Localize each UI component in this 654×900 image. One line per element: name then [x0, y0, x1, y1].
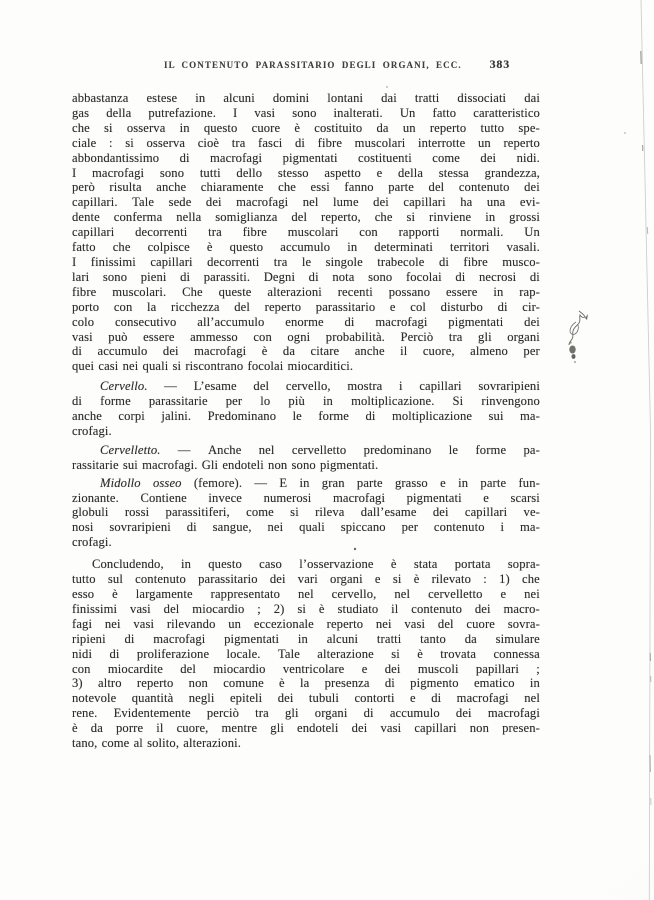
text-line: queicasineiqualisiriscontranofocolaimioc…	[72, 359, 540, 374]
text-line: abbastanzaesteseinalcunidominilontanidai…	[72, 91, 540, 106]
word: contenuto	[434, 520, 485, 535]
word: cuore	[466, 617, 495, 632]
word: parassitario	[198, 572, 258, 587]
word: zionante.	[72, 491, 119, 506]
word: e	[362, 662, 368, 677]
word: e	[377, 166, 383, 181]
word: L’esame	[194, 379, 237, 394]
word: come	[246, 505, 274, 520]
word: è	[279, 676, 285, 691]
word: ammesso	[190, 330, 238, 345]
word: macrofagi	[194, 344, 246, 359]
word: contenuto	[135, 572, 186, 587]
word: epiteli	[230, 691, 262, 706]
word: casi	[98, 359, 118, 374]
word: territori	[450, 240, 490, 255]
text-line: peròrisultaanchechiaramentecheessifannop…	[72, 180, 540, 195]
text-line: globulirossiparassitiferi,comesirilevada…	[72, 505, 540, 520]
word: sono	[160, 166, 184, 181]
word: in	[347, 240, 357, 255]
word: lontani	[327, 91, 363, 106]
word: fibre	[318, 136, 342, 151]
word: il	[156, 721, 163, 736]
word: tra	[449, 330, 463, 345]
word: sopra-	[508, 557, 540, 572]
word: la	[300, 676, 309, 691]
word: moltiplicazione.	[351, 394, 434, 409]
word: costituito	[314, 121, 362, 136]
word: nel	[303, 195, 319, 210]
word: corpi	[118, 409, 144, 424]
word: gli	[270, 721, 284, 736]
word: pigmentati	[283, 151, 338, 166]
word: contenuto	[411, 602, 462, 617]
word: recenti	[338, 285, 373, 300]
word: in	[299, 476, 309, 491]
word: interrotte	[418, 136, 465, 151]
word: ;	[257, 602, 261, 617]
word: e	[375, 572, 381, 587]
text-line: Midolloosseo(femore).—Eingranpartegrasso…	[72, 476, 540, 491]
word: Che	[182, 285, 203, 300]
word: caratteristico	[473, 106, 540, 121]
word: organi	[507, 330, 540, 345]
text-line: abbondantissimodimacrofagipigmentaticost…	[72, 151, 540, 166]
word: le	[293, 409, 302, 424]
word: e	[440, 476, 446, 491]
word: focolai	[248, 359, 284, 374]
word: di	[187, 520, 197, 535]
word: miocardio	[192, 602, 244, 617]
word: e	[390, 300, 396, 315]
word: in	[181, 557, 191, 572]
scanned-book-page: IL CONTENUTO PARASSITARIO DEGLI ORGANI, …	[0, 0, 654, 900]
word: di	[295, 136, 305, 151]
word: musco-	[502, 255, 540, 270]
word: —	[178, 443, 191, 458]
word: in	[180, 121, 190, 136]
word: con	[253, 330, 272, 345]
word: dei	[524, 180, 540, 195]
text-line: anchecorpijalini.Predominanoleformedimol…	[72, 409, 540, 424]
word: spiccano	[341, 520, 386, 535]
word: però	[72, 180, 95, 195]
word: non	[268, 458, 287, 473]
word: del	[253, 379, 269, 394]
text-line: diaccumulodeimacrofagièdacitareancheilcu…	[72, 344, 540, 359]
word: dei	[206, 195, 222, 210]
word: gas	[72, 106, 89, 121]
word: di	[72, 394, 82, 409]
word: del	[180, 662, 196, 677]
word: porto	[72, 300, 99, 315]
word: in	[485, 210, 495, 225]
word: col	[410, 300, 426, 315]
word: 1)	[499, 572, 510, 587]
word: chiaramente	[201, 180, 264, 195]
word: risulta	[109, 180, 141, 195]
word: dente	[72, 210, 100, 225]
word: tutto	[72, 572, 96, 587]
word: esso	[72, 587, 94, 602]
text-line: diformeparassitarieperlopiùinmoltiplicaz…	[72, 394, 540, 409]
word: nota	[332, 270, 354, 285]
text-line: crofagi.	[72, 535, 540, 550]
word: tratti	[377, 632, 402, 647]
word: perciò	[207, 706, 239, 721]
word: macrofagi	[457, 691, 509, 706]
word: papillari	[476, 662, 519, 677]
word: anche	[156, 180, 186, 195]
word: trovata	[440, 647, 476, 662]
word: per	[402, 520, 418, 535]
word: dissociati	[457, 91, 506, 106]
word: rene.	[72, 706, 97, 721]
word: parassitario	[316, 300, 376, 315]
text-line: coloconsecutivoall’accumuloenormedimacro…	[72, 315, 540, 330]
word: scarsi	[511, 491, 540, 506]
word: necrosi	[479, 270, 516, 285]
paragraph: Concludendo,inquestocasol’osservazioneès…	[72, 557, 540, 751]
word: una	[487, 195, 506, 210]
word: da	[377, 121, 389, 136]
word: da	[283, 344, 295, 359]
word: all’accumulo	[197, 315, 264, 330]
word: presen-	[502, 721, 540, 736]
word: sono	[368, 270, 392, 285]
word: moltiplicazione	[392, 409, 472, 424]
word: negli	[189, 691, 215, 706]
word: crofagi.	[72, 535, 112, 550]
word: macrofagi	[236, 195, 288, 210]
text-line: Concludendo,inquestocasol’osservazioneès…	[72, 557, 540, 572]
word: vasi	[130, 602, 151, 617]
word: ma-	[520, 409, 540, 424]
text-line: èdaporreilcuore,mentregliendotelideivasi…	[72, 721, 540, 736]
word: vasi	[133, 617, 154, 632]
word: focolai	[406, 270, 442, 285]
word: che	[375, 210, 393, 225]
word: di	[455, 270, 465, 285]
text-line: capillaridecorrentitrafibremuscolariconr…	[72, 225, 540, 240]
word: al	[134, 736, 143, 751]
word: con	[72, 662, 91, 677]
word: in	[323, 394, 333, 409]
text-line: vasipuòessereammessoconogniprobabilità.P…	[72, 330, 540, 345]
word: Tale	[132, 195, 154, 210]
word: dei	[278, 691, 294, 706]
word: macrofagi	[333, 491, 385, 506]
word: —	[164, 379, 177, 394]
word: non	[189, 676, 208, 691]
word: riscontrano	[185, 359, 243, 374]
word: miocardio	[213, 662, 265, 677]
word: jalini.	[161, 409, 191, 424]
word: ventricolare	[283, 662, 345, 677]
word: accumulo	[98, 344, 148, 359]
word: con	[114, 300, 133, 315]
word: cervelletto	[428, 587, 482, 602]
word: reperto	[137, 676, 174, 691]
word: è	[294, 121, 300, 136]
word: vari	[298, 572, 318, 587]
word: rassitarie	[72, 458, 119, 473]
word: grandezza,	[485, 166, 540, 181]
word: studiato	[337, 602, 378, 617]
word: consecutivo	[115, 315, 176, 330]
word: macrofagi	[210, 151, 262, 166]
word: sangue,	[213, 520, 252, 535]
word: per	[226, 394, 242, 409]
word: dei	[480, 151, 496, 166]
word: si	[290, 505, 299, 520]
word: capillari	[465, 505, 507, 520]
word: un	[228, 617, 241, 632]
word: stesso	[278, 166, 309, 181]
word: notevole	[72, 691, 116, 706]
word: sede	[169, 195, 192, 210]
word: di	[439, 255, 449, 270]
word: nosi	[72, 520, 93, 535]
word: di	[365, 409, 375, 424]
word: l’osservazione	[299, 557, 373, 572]
word: sovra-	[508, 617, 540, 632]
word: più	[288, 394, 304, 409]
word: è	[391, 557, 397, 572]
word: in	[298, 632, 308, 647]
word: questo	[204, 121, 238, 136]
word: dello	[236, 166, 262, 181]
text-line: rassitariesuimacrofagi.Gliendotelinonson…	[72, 458, 540, 473]
word: si	[391, 647, 400, 662]
text-line: crofagi.	[72, 424, 540, 439]
word: macrofagi	[153, 632, 205, 647]
word: stata	[414, 557, 438, 572]
word: nidi.	[517, 151, 540, 166]
word: nel	[524, 691, 540, 706]
word: Concludendo,	[92, 557, 164, 572]
word: di	[498, 300, 508, 315]
word: dei	[385, 662, 401, 677]
word: tubuli	[309, 691, 339, 706]
text-line: nididiproliferazionelocale.Talealterazio…	[72, 647, 540, 662]
word: rilevato	[432, 572, 471, 587]
word: i	[500, 520, 504, 535]
paragraph: Cervello.—L’esamedelcervello,mostraicapi…	[72, 379, 540, 439]
word: capillari	[419, 379, 461, 394]
text-line: ciale:siosservacioètrafascidifibremuscol…	[72, 136, 540, 151]
word: Anche	[208, 443, 241, 458]
word: in	[458, 476, 468, 491]
word: quali	[143, 359, 169, 374]
text-line: tuttosulcontenutoparassitariodeivariorga…	[72, 572, 540, 587]
word: Evidentemente	[114, 706, 191, 721]
word: che	[113, 240, 131, 255]
word: lo	[260, 394, 270, 409]
text-line: nosisovraripienidisangue,neiqualispiccan…	[72, 520, 540, 535]
word: simulare	[496, 632, 540, 647]
word: non	[470, 721, 489, 736]
word: Degni	[264, 270, 295, 285]
word: sovraripieni	[109, 520, 171, 535]
word: si	[125, 136, 134, 151]
word: nei	[376, 617, 392, 632]
word: vasi	[404, 617, 425, 632]
word: probabilità.	[326, 330, 385, 345]
word: capillari	[72, 225, 114, 240]
word: sono	[292, 106, 316, 121]
word: forme	[318, 409, 349, 424]
word: tutto	[481, 121, 505, 136]
word: citare	[311, 344, 340, 359]
word: grasso	[395, 476, 428, 491]
word: di	[345, 315, 355, 330]
word: pigmentati	[224, 632, 279, 647]
text-line: zionante.Contieneinvecenumerosimacrofagi…	[72, 491, 540, 506]
word: dei	[524, 315, 540, 330]
word: vasi	[380, 721, 401, 736]
word: rinvengono	[481, 394, 540, 409]
word: reperto	[503, 136, 540, 151]
word: tanto	[420, 632, 446, 647]
text-line: notevolequantitànegliepitelideitubulicon…	[72, 691, 540, 706]
word: è	[417, 647, 423, 662]
word: macro-	[503, 602, 539, 617]
word: ciale	[72, 136, 96, 151]
word: come	[432, 151, 460, 166]
word: dei	[352, 721, 368, 736]
word: di	[364, 706, 374, 721]
word: 2)	[274, 602, 285, 617]
word: muscolari	[355, 136, 406, 151]
word: parassitiferi,	[166, 505, 230, 520]
word: nei	[105, 617, 121, 632]
word: colpisce	[148, 240, 190, 255]
paragraph: abbastanzaesteseinalcunidominilontanidai…	[72, 91, 540, 374]
word: mentre	[222, 721, 258, 736]
word: :	[483, 572, 487, 587]
word: è	[72, 721, 78, 736]
word: parassiti.	[204, 270, 250, 285]
word: capillari	[150, 255, 192, 270]
word: ricchezza	[171, 300, 220, 315]
text-line: tano,comealsolito,alterazioni.	[72, 736, 540, 751]
word: nel	[298, 587, 314, 602]
text-line: larisonopienidiparassiti.Degnidinotasono…	[72, 270, 540, 285]
word: da	[91, 721, 103, 736]
word: osserva	[146, 136, 185, 151]
word: dai	[524, 91, 540, 106]
word: forme	[100, 394, 131, 409]
word: fanno	[344, 180, 373, 195]
word: sono	[103, 270, 127, 285]
word: altro	[98, 676, 122, 691]
word: caso	[259, 557, 282, 572]
word: nella	[176, 210, 201, 225]
word: nei	[267, 520, 283, 535]
word: capillari	[403, 195, 445, 210]
word: gran	[322, 476, 345, 491]
word: somiglianza	[215, 210, 277, 225]
text-line: chesiosservainquestocuoreècostituitodaun…	[72, 121, 540, 136]
text-line: Cervelletto.—Anchenelcervellettopredomin…	[72, 443, 540, 458]
word: connessa	[493, 647, 539, 662]
word: fasci	[258, 136, 282, 151]
word: in	[195, 91, 205, 106]
word: possano	[389, 285, 430, 300]
word: pigmentati.	[320, 458, 378, 473]
word: fatto	[433, 106, 457, 121]
word: alcuni	[223, 91, 255, 106]
word: pigmento	[410, 676, 459, 691]
word: estese	[146, 91, 177, 106]
text-line: 3)altrorepertononcomuneèlapresenzadipigm…	[72, 676, 540, 691]
word: Cervelletto.	[100, 443, 161, 458]
word: essi	[311, 180, 330, 195]
word: del	[429, 180, 445, 195]
text-line: rene.Evidentementeperciòtragliorganidiac…	[72, 706, 540, 721]
word: un	[403, 121, 416, 136]
word: alcuni	[327, 632, 359, 647]
word: (femore).	[194, 476, 242, 491]
word: fatto	[72, 240, 96, 255]
word: di	[180, 151, 190, 166]
word: reperto	[327, 617, 364, 632]
word: E	[279, 476, 287, 491]
word: contorti	[354, 691, 394, 706]
word: anche	[355, 344, 385, 359]
word: cir-	[522, 300, 540, 315]
word: normali.	[460, 225, 503, 240]
word: tutti	[200, 166, 221, 181]
word: domini	[273, 91, 309, 106]
word: nel	[259, 443, 275, 458]
word: tra	[232, 136, 246, 151]
word: rileva	[315, 505, 344, 520]
word: alterazione	[317, 647, 374, 662]
word: di	[72, 344, 82, 359]
paragraph: Midolloosseo(femore).—Eingranpartegrasso…	[72, 476, 540, 551]
word: osseo	[153, 476, 182, 491]
word: trabecole	[377, 255, 424, 270]
word: ogni	[287, 330, 310, 345]
word: è	[414, 572, 420, 587]
text-line: Imacrofagisonotuttidellostessoaspettoede…	[72, 166, 540, 181]
word: stessa	[439, 166, 469, 181]
word: endoteli	[297, 721, 339, 736]
word: di	[431, 691, 441, 706]
word: Gli	[202, 458, 218, 473]
word: Si	[453, 394, 464, 409]
word: è	[207, 240, 213, 255]
word: 3)	[72, 676, 83, 691]
word: che	[278, 180, 296, 195]
word: abbastanza	[72, 91, 128, 106]
text-line: fibremuscolari.Chequestealterazionirecen…	[72, 285, 540, 300]
word: sovraripieni	[478, 379, 540, 394]
word: può	[108, 330, 127, 345]
word: organi	[330, 572, 363, 587]
word: la	[147, 300, 156, 315]
word: della	[398, 166, 423, 181]
word: singole	[326, 255, 363, 270]
word: capillari	[414, 721, 456, 736]
word: è	[319, 602, 325, 617]
word: di	[385, 676, 395, 691]
word: alterazioni	[267, 285, 321, 300]
text-line: Cervello.—L’esamedelcervello,mostraicapi…	[72, 379, 540, 394]
word: accumulo	[280, 240, 330, 255]
